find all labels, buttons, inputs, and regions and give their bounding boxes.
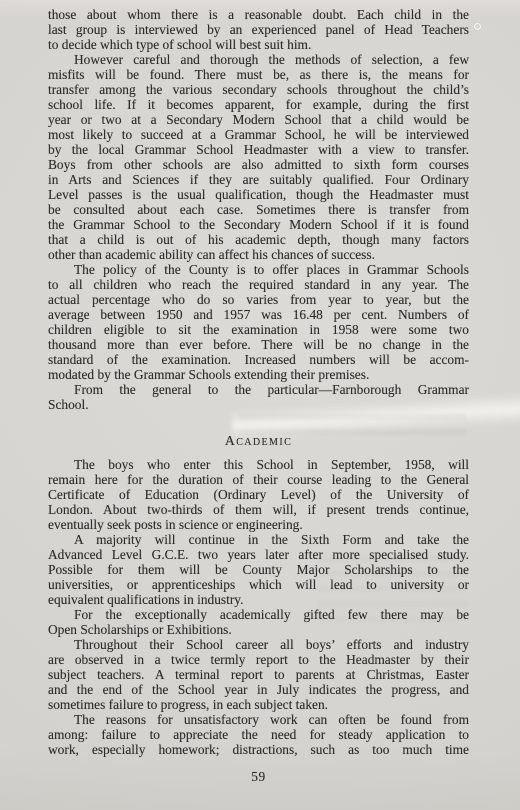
text-line: are observed in a twice termly report to… <box>48 652 469 667</box>
text-line: misfits will be found. There must be, as… <box>48 67 469 82</box>
page-text: those about whom there is a reasonable d… <box>48 7 469 757</box>
text-line: actual percentage who do so varies from … <box>48 292 469 307</box>
text-line: school life. If it becomes apparent, for… <box>48 97 469 112</box>
text-line: remain here for the duration of their co… <box>48 472 469 487</box>
text-line: However careful and thorough the methods… <box>48 52 469 67</box>
text-line: School. <box>48 397 469 412</box>
paragraph: Throughout their School career all boys’… <box>48 637 469 712</box>
text-line: children eligible to sit the examination… <box>48 322 469 337</box>
text-line: the Grammar School to the Secondary Mode… <box>48 217 469 232</box>
text-line: average between 1950 and 1957 was 16.48 … <box>48 307 469 322</box>
text-line: eventually seek posts in science or engi… <box>48 517 469 532</box>
text-line: and the end of the School year in July i… <box>48 682 469 697</box>
paragraph: The policy of the County is to offer pla… <box>48 262 469 382</box>
text-line: A majority will continue in the Sixth Fo… <box>48 532 469 547</box>
paragraph: A majority will continue in the Sixth Fo… <box>48 532 469 607</box>
text-line: The reasons for unsatisfactory work can … <box>48 712 469 727</box>
text-line: sometimes failure to progress, in each s… <box>48 697 469 712</box>
text-line: For the exceptionally academically gifte… <box>48 607 469 622</box>
text-line: Possible for them will be County Major S… <box>48 562 469 577</box>
paragraph: From the general to the particular—Farnb… <box>48 382 469 412</box>
text-line: universities, or apprenticeships which w… <box>48 577 469 592</box>
text-line: thousand more than ever before. There wi… <box>48 337 469 352</box>
text-line: year or two at a Secondary Modern School… <box>48 112 469 127</box>
text-line: be consulted about each case. Sometimes … <box>48 202 469 217</box>
text-line: among: failure to appreciate the need fo… <box>48 727 469 742</box>
paragraph: The reasons for unsatisfactory work can … <box>48 712 469 757</box>
text-line: work, especially homework; distractions,… <box>48 742 469 757</box>
text-line: Advanced Level G.C.E. two years later af… <box>48 547 469 562</box>
text-line: Throughout their School career all boys’… <box>48 637 469 652</box>
text-line: standard of the examination. Increased n… <box>48 352 469 367</box>
text-line: other than academic ability can affect h… <box>48 247 469 262</box>
paragraph: those about whom there is a reasonable d… <box>48 7 469 52</box>
text-line: equivalent qualifications in industry. <box>48 592 469 607</box>
paragraph: For the exceptionally academically gifte… <box>48 607 469 637</box>
scan-speck <box>474 23 481 30</box>
page-number: 59 <box>48 769 469 785</box>
text-line: by the local Grammar School Headmaster w… <box>48 142 469 157</box>
text-line: those about whom there is a reasonable d… <box>48 7 469 22</box>
text-line: Level passes is the usual qualification,… <box>48 187 469 202</box>
text-line: Certificate of Education (Ordinary Level… <box>48 487 469 502</box>
book-page: those about whom there is a reasonable d… <box>0 0 520 810</box>
text-line: Open Scholarships or Exhibitions. <box>48 622 469 637</box>
text-line: London. About two-thirds of them will, i… <box>48 502 469 517</box>
text-line: last group is interviewed by an experien… <box>48 22 469 37</box>
paragraph: However careful and thorough the methods… <box>48 52 469 262</box>
paragraph: The boys who enter this School in Septem… <box>48 457 469 532</box>
text-line: The policy of the County is to offer pla… <box>48 262 469 277</box>
text-line: most likely to succeed at a Grammar Scho… <box>48 127 469 142</box>
text-line: to decide which type of school will best… <box>48 37 469 52</box>
text-line: transfer among the various secondary sch… <box>48 82 469 97</box>
text-line: to all children who reach the required s… <box>48 277 469 292</box>
text-line: modated by the Grammar Schools extending… <box>48 367 469 382</box>
text-line: The boys who enter this School in Septem… <box>48 457 469 472</box>
text-line: Boys from other schools are also admitte… <box>48 157 469 172</box>
section-heading: Academic <box>48 433 469 448</box>
text-line: subject teachers. A terminal report to p… <box>48 667 469 682</box>
text-line: in Arts and Sciences if they are suitabl… <box>48 172 469 187</box>
text-line: From the general to the particular—Farnb… <box>48 382 469 397</box>
text-line: that a child is out of his academic dept… <box>48 232 469 247</box>
